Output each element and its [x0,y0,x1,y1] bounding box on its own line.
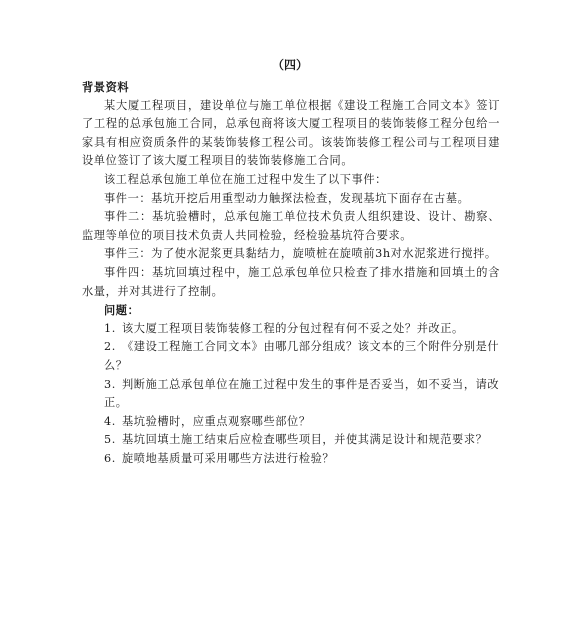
event-3: 事件三：为了使水泥浆更具黏结力，旋喷桩在旋喷前3h对水泥浆进行搅拌。 [82,245,500,264]
question-number: 5. [104,431,122,450]
question-item: 6.旋喷地基质量可采用哪些方法进行检验？ [82,450,500,469]
question-number: 2. [104,338,122,357]
question-number: 6. [104,450,122,469]
question-number: 3. [104,376,122,395]
question-item: 2.《建设工程施工合同文本》由哪几部分组成？该文本的三个附件分别是什么？ [82,338,500,375]
document-page: （四） 背景资料 某大厦工程项目，建设单位与施工单位根据《建设工程施工合同文本》… [0,0,580,639]
event-2: 事件二：基坑验槽时，总承包施工单位技术负责人组织建设、设计、勘察、监理等单位的项… [82,208,500,245]
question-text: 旋喷地基质量可采用哪些方法进行检验？ [122,452,334,465]
background-paragraph: 某大厦工程项目，建设单位与施工单位根据《建设工程施工合同文本》签订了工程的总承包… [82,97,500,171]
question-item: 3.判断施工总承包单位在施工过程中发生的事件是否妥当，如不妥当，请改正。 [82,376,500,413]
event-4: 事件四：基坑回填过程中，施工总承包单位只检查了排水措施和回填土的含水量，并对其进… [82,264,500,301]
section-title: （四） [0,56,580,73]
event-1: 事件一：基坑开挖后用重型动力触探法检查，发现基坑下面存在古墓。 [82,190,500,209]
background-heading: 背景资料 [82,78,500,97]
questions-list: 1.该大厦工程项目装饰装修工程的分包过程有何不妥之处？并改正。 2.《建设工程施… [82,320,500,469]
question-item: 5.基坑回填土施工结束后应检查哪些项目，并使其满足设计和规范要求？ [82,431,500,450]
events-intro: 该工程总承包施工单位在施工过程中发生了以下事件： [82,171,500,190]
question-text: 判断施工总承包单位在施工过程中发生的事件是否妥当，如不妥当，请改正。 [104,378,499,410]
question-text: 基坑回填土施工结束后应检查哪些项目，并使其满足设计和规范要求？ [122,433,487,446]
question-number: 4. [104,413,122,432]
question-number: 1. [104,320,122,339]
questions-heading: 问题： [82,301,500,320]
question-text: 该大厦工程项目装饰装修工程的分包过程有何不妥之处？并改正。 [122,322,464,335]
question-text: 《建设工程施工合同文本》由哪几部分组成？该文本的三个附件分别是什么？ [104,340,499,372]
document-body: 背景资料 某大厦工程项目，建设单位与施工单位根据《建设工程施工合同文本》签订了工… [82,78,500,468]
question-text: 基坑验槽时，应重点观察哪些部位？ [122,415,311,428]
question-item: 4.基坑验槽时，应重点观察哪些部位？ [82,413,500,432]
question-item: 1.该大厦工程项目装饰装修工程的分包过程有何不妥之处？并改正。 [82,320,500,339]
